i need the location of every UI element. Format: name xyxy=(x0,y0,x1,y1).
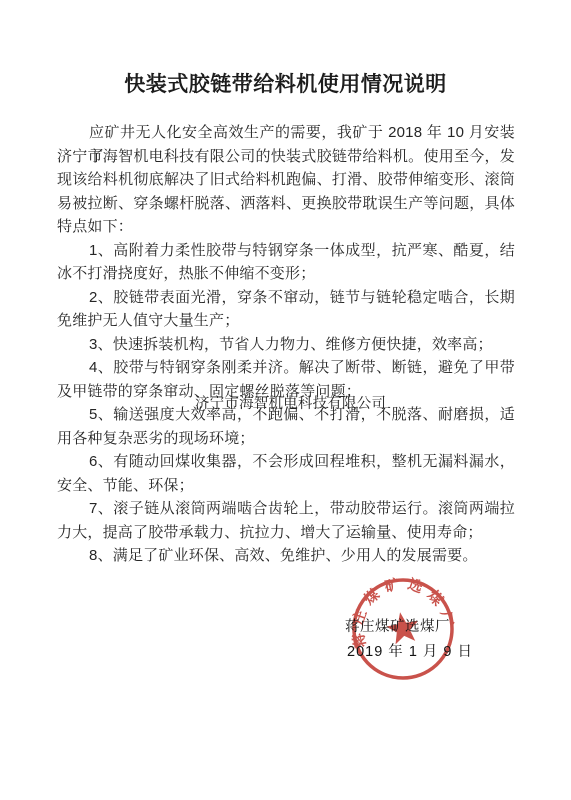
document-body: 应矿井无人化安全高效生产的需要，我矿于 2018 年 10 月安装了 济宁市海智… xyxy=(57,121,515,568)
body-line: 力大，提高了胶带承载力、抗拉力、增大了运输量、使用寿命； xyxy=(57,521,515,545)
body-line: 2、胶链带表面光滑，穿条不窜动，链节与链轮稳定啮合，长期 xyxy=(57,286,515,310)
body-line: 1、高附着力柔性胶带与特钢穿条一体成型，抗严寒、酷夏，结 xyxy=(57,239,515,263)
body-line: 特点如下： xyxy=(57,215,515,239)
body-line: 4、胶带与特钢穿条刚柔并济。解决了断带、断链，避免了甲带 xyxy=(57,356,515,380)
company-watermark: 济宁市海智机电科技有限公司 xyxy=(195,392,386,413)
body-line: 6、有随动回煤收集器，不会形成回程堆积，整机无漏料漏水， xyxy=(57,450,515,474)
body-line: 济宁市海智机电科技有限公司的快装式胶链带给料机。使用至今，发 xyxy=(57,145,515,169)
body-line: 用各种复杂恶劣的现场环境； xyxy=(57,427,515,451)
body-line: 7、滚子链从滚筒两端啮合齿轮上，带动胶带运行。滚筒两端拉 xyxy=(57,497,515,521)
body-line: 免维护无人值守大量生产； xyxy=(57,309,515,333)
body-line: 应矿井无人化安全高效生产的需要，我矿于 2018 年 10 月安装了 xyxy=(57,121,515,145)
document-title: 快装式胶链带给料机使用情况说明 xyxy=(0,68,571,98)
signature-date: 2019 年 1 月 9 日 xyxy=(347,640,473,661)
signature-org: 蒋庄煤矿选煤厂 xyxy=(345,615,450,636)
body-line: 冰不打滑挠度好，热胀不伸缩不变形； xyxy=(57,262,515,286)
body-line: 安全、节能、环保； xyxy=(57,474,515,498)
body-line: 3、快速拆装机构，节省人力物力、维修方便快捷，效率高； xyxy=(57,333,515,357)
document-page: 快装式胶链带给料机使用情况说明 应矿井无人化安全高效生产的需要，我矿于 2018… xyxy=(0,0,571,800)
body-line: 现该给料机彻底解决了旧式给料机跑偏、打滑、胶带伸缩变形、滚筒 xyxy=(57,168,515,192)
body-line: 易被拉断、穿条螺杆脱落、洒落料、更换胶带耽误生产等问题，具体 xyxy=(57,192,515,216)
